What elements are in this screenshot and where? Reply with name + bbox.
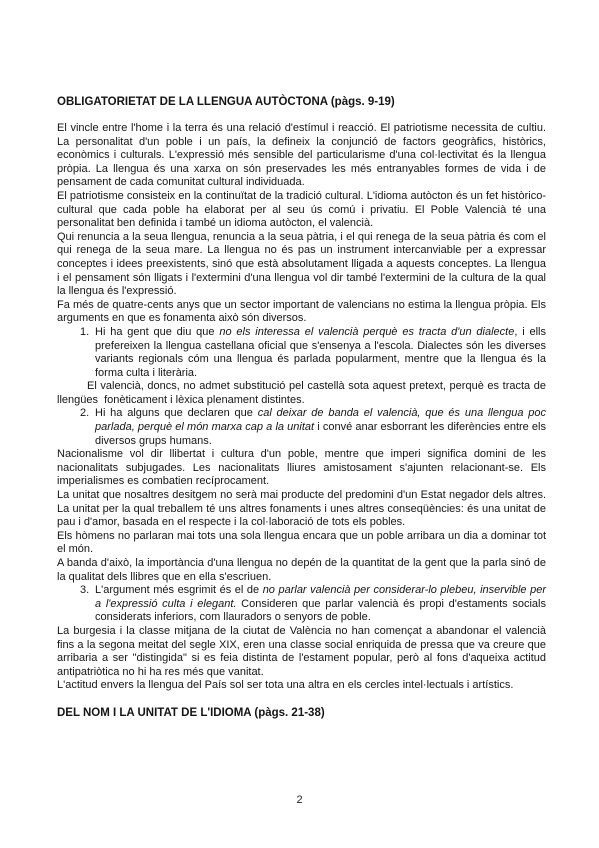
paragraph-actitud: L'actitud envers la llengua del País sol… [57, 679, 546, 693]
paragraph-burgesia: La burgesia i la classe mitjana de la ci… [57, 625, 546, 679]
section-heading-del-nom: DEL NOM I LA UNITAT DE L'IDIOMA (pàgs. 2… [57, 706, 546, 720]
list-item-2: 2.Hi ha alguns que declaren que cal deix… [57, 407, 546, 448]
paragraph-importancia: A banda d'això, la importància d'una lle… [57, 557, 546, 584]
paragraph-valencia-doncs: El valencià, doncs, no admet substitució… [57, 380, 546, 407]
page-number: 2 [0, 794, 599, 808]
document-page: OBLIGATORIETAT DE LA LLENGUA AUTÒCTONA (… [0, 0, 599, 848]
list-item-3: 3.L'argument més esgrimit és el de no pa… [57, 584, 546, 625]
paragraph-nacionalisme: Nacionalisme vol dir llibertat i cultura… [57, 448, 546, 489]
paragraph-patriotisme: El patriotisme consisteix en la continuï… [57, 190, 546, 231]
paragraph-quatrecents: Fa més de quatre-cents anys que un secto… [57, 299, 546, 326]
document-content: OBLIGATORIETAT DE LA LLENGUA AUTÒCTONA (… [57, 95, 546, 720]
paragraph-renuncia: Qui renuncia a la seua llengua, renuncia… [57, 231, 546, 299]
paragraph-vincle: El vincle entre l'home i la terra és una… [57, 122, 546, 190]
list-item-1-lead: Hi ha gent que diu que [95, 326, 219, 338]
list-marker-2: 2. [80, 407, 89, 421]
list-marker-3: 3. [80, 584, 89, 598]
list-item-2-lead: Hi ha alguns que declaren que [95, 407, 258, 419]
list-marker-1: 1. [80, 326, 89, 340]
paragraph-unitat: La unitat que nosaltres desitgem no serà… [57, 489, 546, 530]
section-heading-obligatorietat: OBLIGATORIETAT DE LA LLENGUA AUTÒCTONA (… [57, 95, 546, 109]
list-item-3-lead: L'argument més esgrimit és el de [95, 584, 263, 596]
list-item-1-italic: no els interessa el valencià perquè es t… [219, 326, 514, 338]
paragraph-homens: Els hòmens no parlaran mai tots una sola… [57, 530, 546, 557]
list-item-1: 1.Hi ha gent que diu que no els interess… [57, 326, 546, 380]
